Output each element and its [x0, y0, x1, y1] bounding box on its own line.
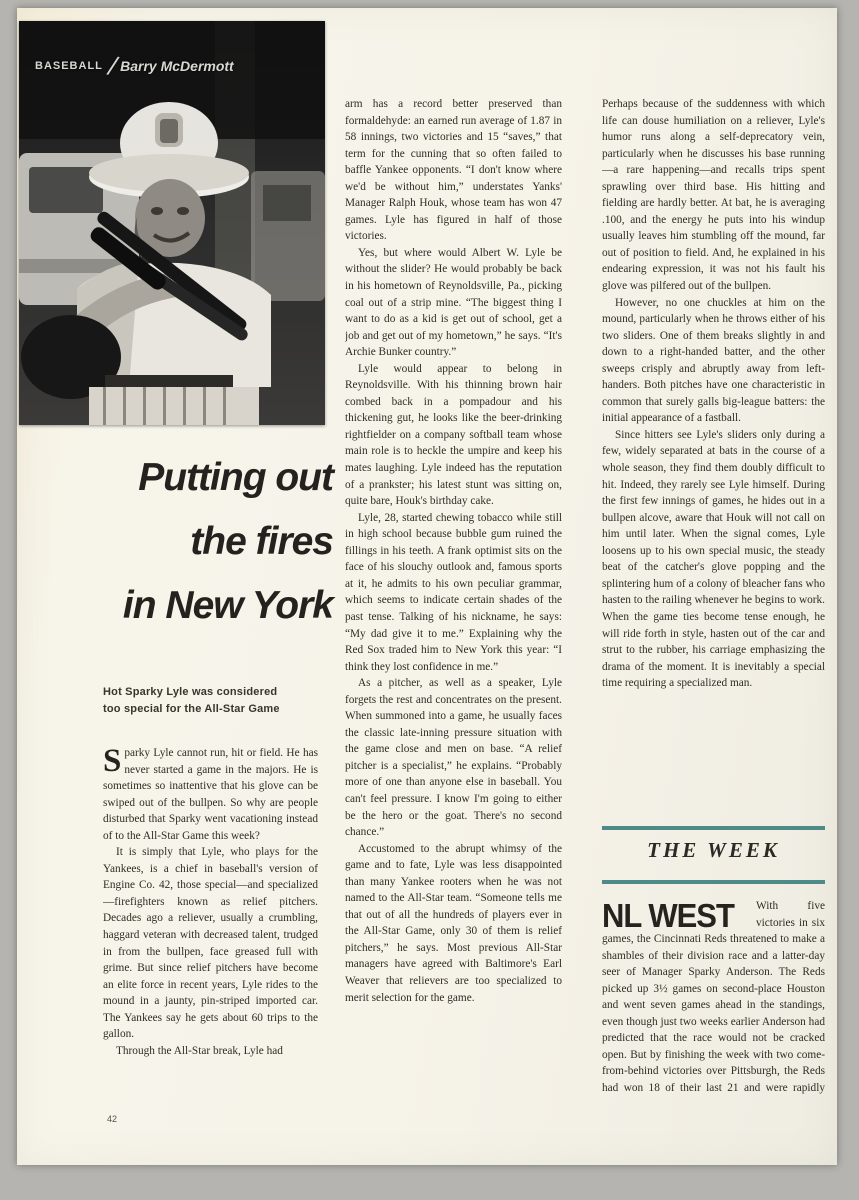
paragraph: Lyle, 28, started chewing tobacco while …	[345, 510, 562, 675]
paragraph: Yes, but where would Albert W. Lyle be w…	[345, 245, 562, 361]
nl-west-section: NL WEST With five victories in six games…	[602, 898, 825, 1094]
paragraph: Perhaps because of the suddenness with w…	[602, 96, 825, 295]
deck-line: too special for the All-Star Game	[103, 701, 335, 718]
player-photo: BASEBALL / Barry McDermott	[19, 21, 325, 425]
paragraph: However, no one chuckles at him on the m…	[602, 295, 825, 427]
week-rule-top	[602, 826, 825, 830]
kicker: BASEBALL / Barry McDermott	[35, 57, 234, 75]
article-column-3: Perhaps because of the suddenness with w…	[602, 96, 825, 814]
article-column-1: Sparky Lyle cannot run, hit or field. He…	[103, 745, 318, 1099]
kicker-section-label: BASEBALL	[35, 60, 103, 72]
paragraph: Lyle would appear to belong in Reynoldsv…	[345, 361, 562, 510]
headline: Putting out the fires in New York	[45, 446, 333, 638]
page-number: 42	[107, 1114, 117, 1124]
article-column-2: arm has a record better preserved than f…	[345, 96, 562, 1096]
magazine-page: BASEBALL / Barry McDermott Putting out t…	[17, 8, 837, 1165]
photo-illustration	[19, 21, 325, 425]
deck-line: Hot Sparky Lyle was considered	[103, 684, 335, 701]
the-week-title: THE WEEK	[602, 838, 825, 863]
pinstripe-pants	[89, 387, 259, 425]
drop-cap: S	[103, 745, 124, 775]
paragraph: It is simply that Lyle, who plays for th…	[103, 844, 318, 1043]
paragraph: Since hitters see Lyle's sliders only du…	[602, 427, 825, 692]
kicker-author: Barry McDermott	[120, 58, 234, 74]
paragraph: arm has a record better preserved than f…	[345, 96, 562, 245]
headline-line: the fires	[45, 510, 333, 574]
paragraph: Accustomed to the abrupt whimsy of the g…	[345, 841, 562, 1006]
deck: Hot Sparky Lyle was considered too speci…	[103, 684, 335, 718]
week-rule-bottom	[602, 880, 825, 884]
paragraph: As a pitcher, as well as a speaker, Lyle…	[345, 675, 562, 840]
headline-line: Putting out	[45, 446, 333, 510]
paragraph: Through the All-Star break, Lyle had	[103, 1043, 318, 1060]
fire-truck-shape-right	[251, 171, 325, 301]
belt	[105, 375, 233, 387]
headline-line: in New York	[45, 574, 333, 638]
nl-west-label: NL WEST	[602, 900, 748, 932]
kicker-slash: /	[108, 57, 118, 76]
paragraph-text: parky Lyle cannot run, hit or field. He …	[103, 747, 318, 842]
paragraph: Sparky Lyle cannot run, hit or field. He…	[103, 745, 318, 844]
